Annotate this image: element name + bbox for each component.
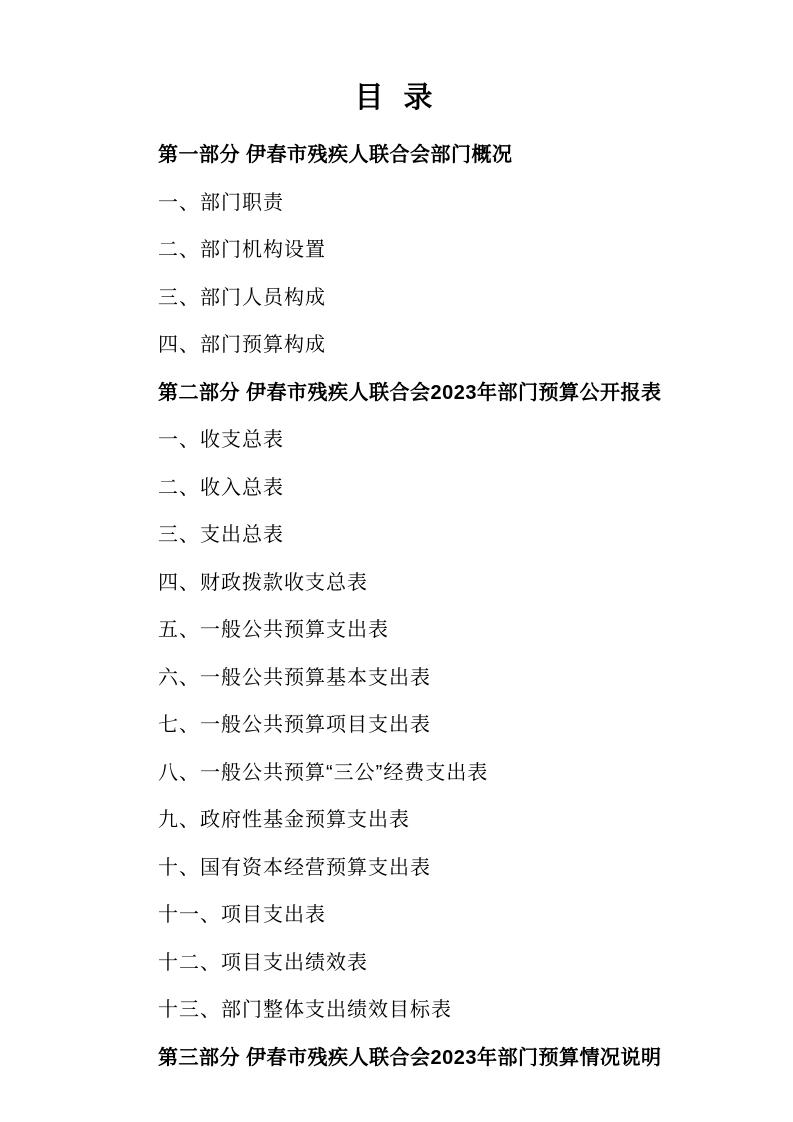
toc-section-2-heading: 第二部分 伊春市残疾人联合会2023年部门预算公开报表 — [158, 370, 733, 418]
toc-item: 十一、项目支出表 — [158, 892, 733, 940]
toc-item: 七、一般公共预算项目支出表 — [158, 702, 733, 750]
toc-item: 四、财政拨款收支总表 — [158, 560, 733, 608]
toc-item: 十三、部门整体支出绩效目标表 — [158, 987, 733, 1035]
toc-section-3-heading: 第三部分 伊春市残疾人联合会2023年部门预算情况说明 — [158, 1035, 733, 1083]
toc-item: 十、国有资本经营预算支出表 — [158, 845, 733, 893]
page-title: 目 录 — [0, 78, 793, 118]
toc-item: 十二、项目支出绩效表 — [158, 940, 733, 988]
table-of-contents: 第一部分 伊春市残疾人联合会部门概况 一、部门职责 二、部门机构设置 三、部门人… — [158, 132, 733, 1082]
toc-item: 六、一般公共预算基本支出表 — [158, 655, 733, 703]
toc-item: 二、收入总表 — [158, 465, 733, 513]
toc-item: 一、部门职责 — [158, 180, 733, 228]
toc-item: 九、政府性基金预算支出表 — [158, 797, 733, 845]
toc-item: 四、部门预算构成 — [158, 322, 733, 370]
toc-item: 二、部门机构设置 — [158, 227, 733, 275]
toc-item: 五、一般公共预算支出表 — [158, 607, 733, 655]
toc-item: 一、收支总表 — [158, 417, 733, 465]
document-page: 目 录 第一部分 伊春市残疾人联合会部门概况 一、部门职责 二、部门机构设置 三… — [0, 0, 793, 1122]
toc-item: 八、一般公共预算“三公”经费支出表 — [158, 750, 733, 798]
toc-item: 三、部门人员构成 — [158, 275, 733, 323]
toc-item: 三、支出总表 — [158, 512, 733, 560]
toc-section-1-heading: 第一部分 伊春市残疾人联合会部门概况 — [158, 132, 733, 180]
